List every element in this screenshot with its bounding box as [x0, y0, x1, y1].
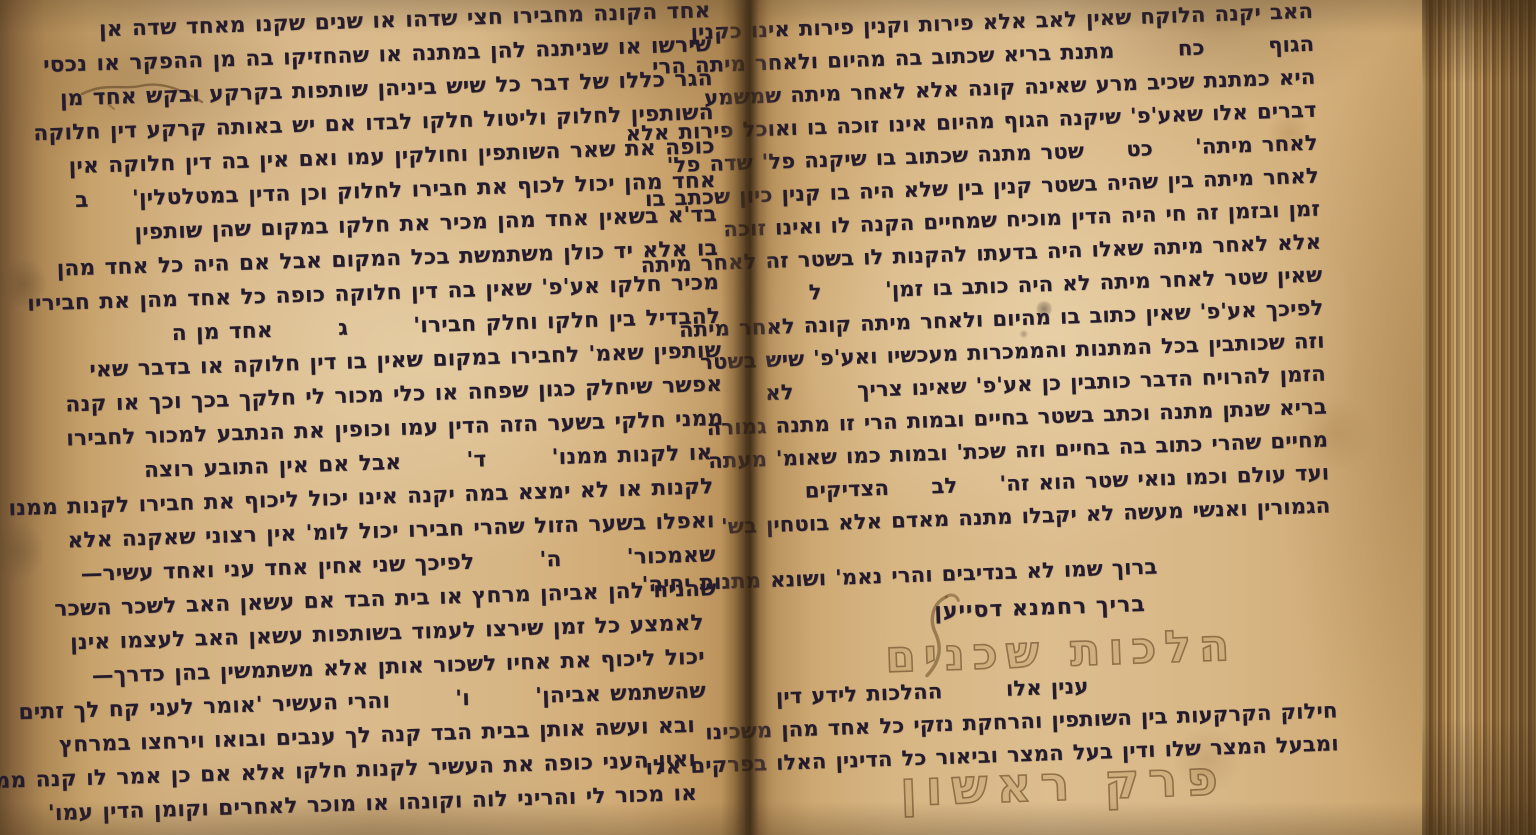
manuscript-photo: אחד הקונה מחבירו חצי שדהו או שנים שקנו מ…	[0, 0, 1536, 835]
chapter-title: פרק ראשון	[899, 750, 1227, 817]
flourish-mark	[918, 590, 965, 681]
body-lines: האב יקנה הלוקח שאין לאב אלא פירות וקנין …	[768, 0, 1333, 596]
fore-edge-page-stack	[1422, 0, 1536, 835]
gutter-shadow	[721, 0, 777, 835]
right-page: האב יקנה הלוקח שאין לאב אלא פירות וקנין …	[745, 0, 1425, 835]
right-page-text-block: האב יקנה הלוקח שאין לאב אלא פירות וקנין …	[768, 0, 1339, 779]
